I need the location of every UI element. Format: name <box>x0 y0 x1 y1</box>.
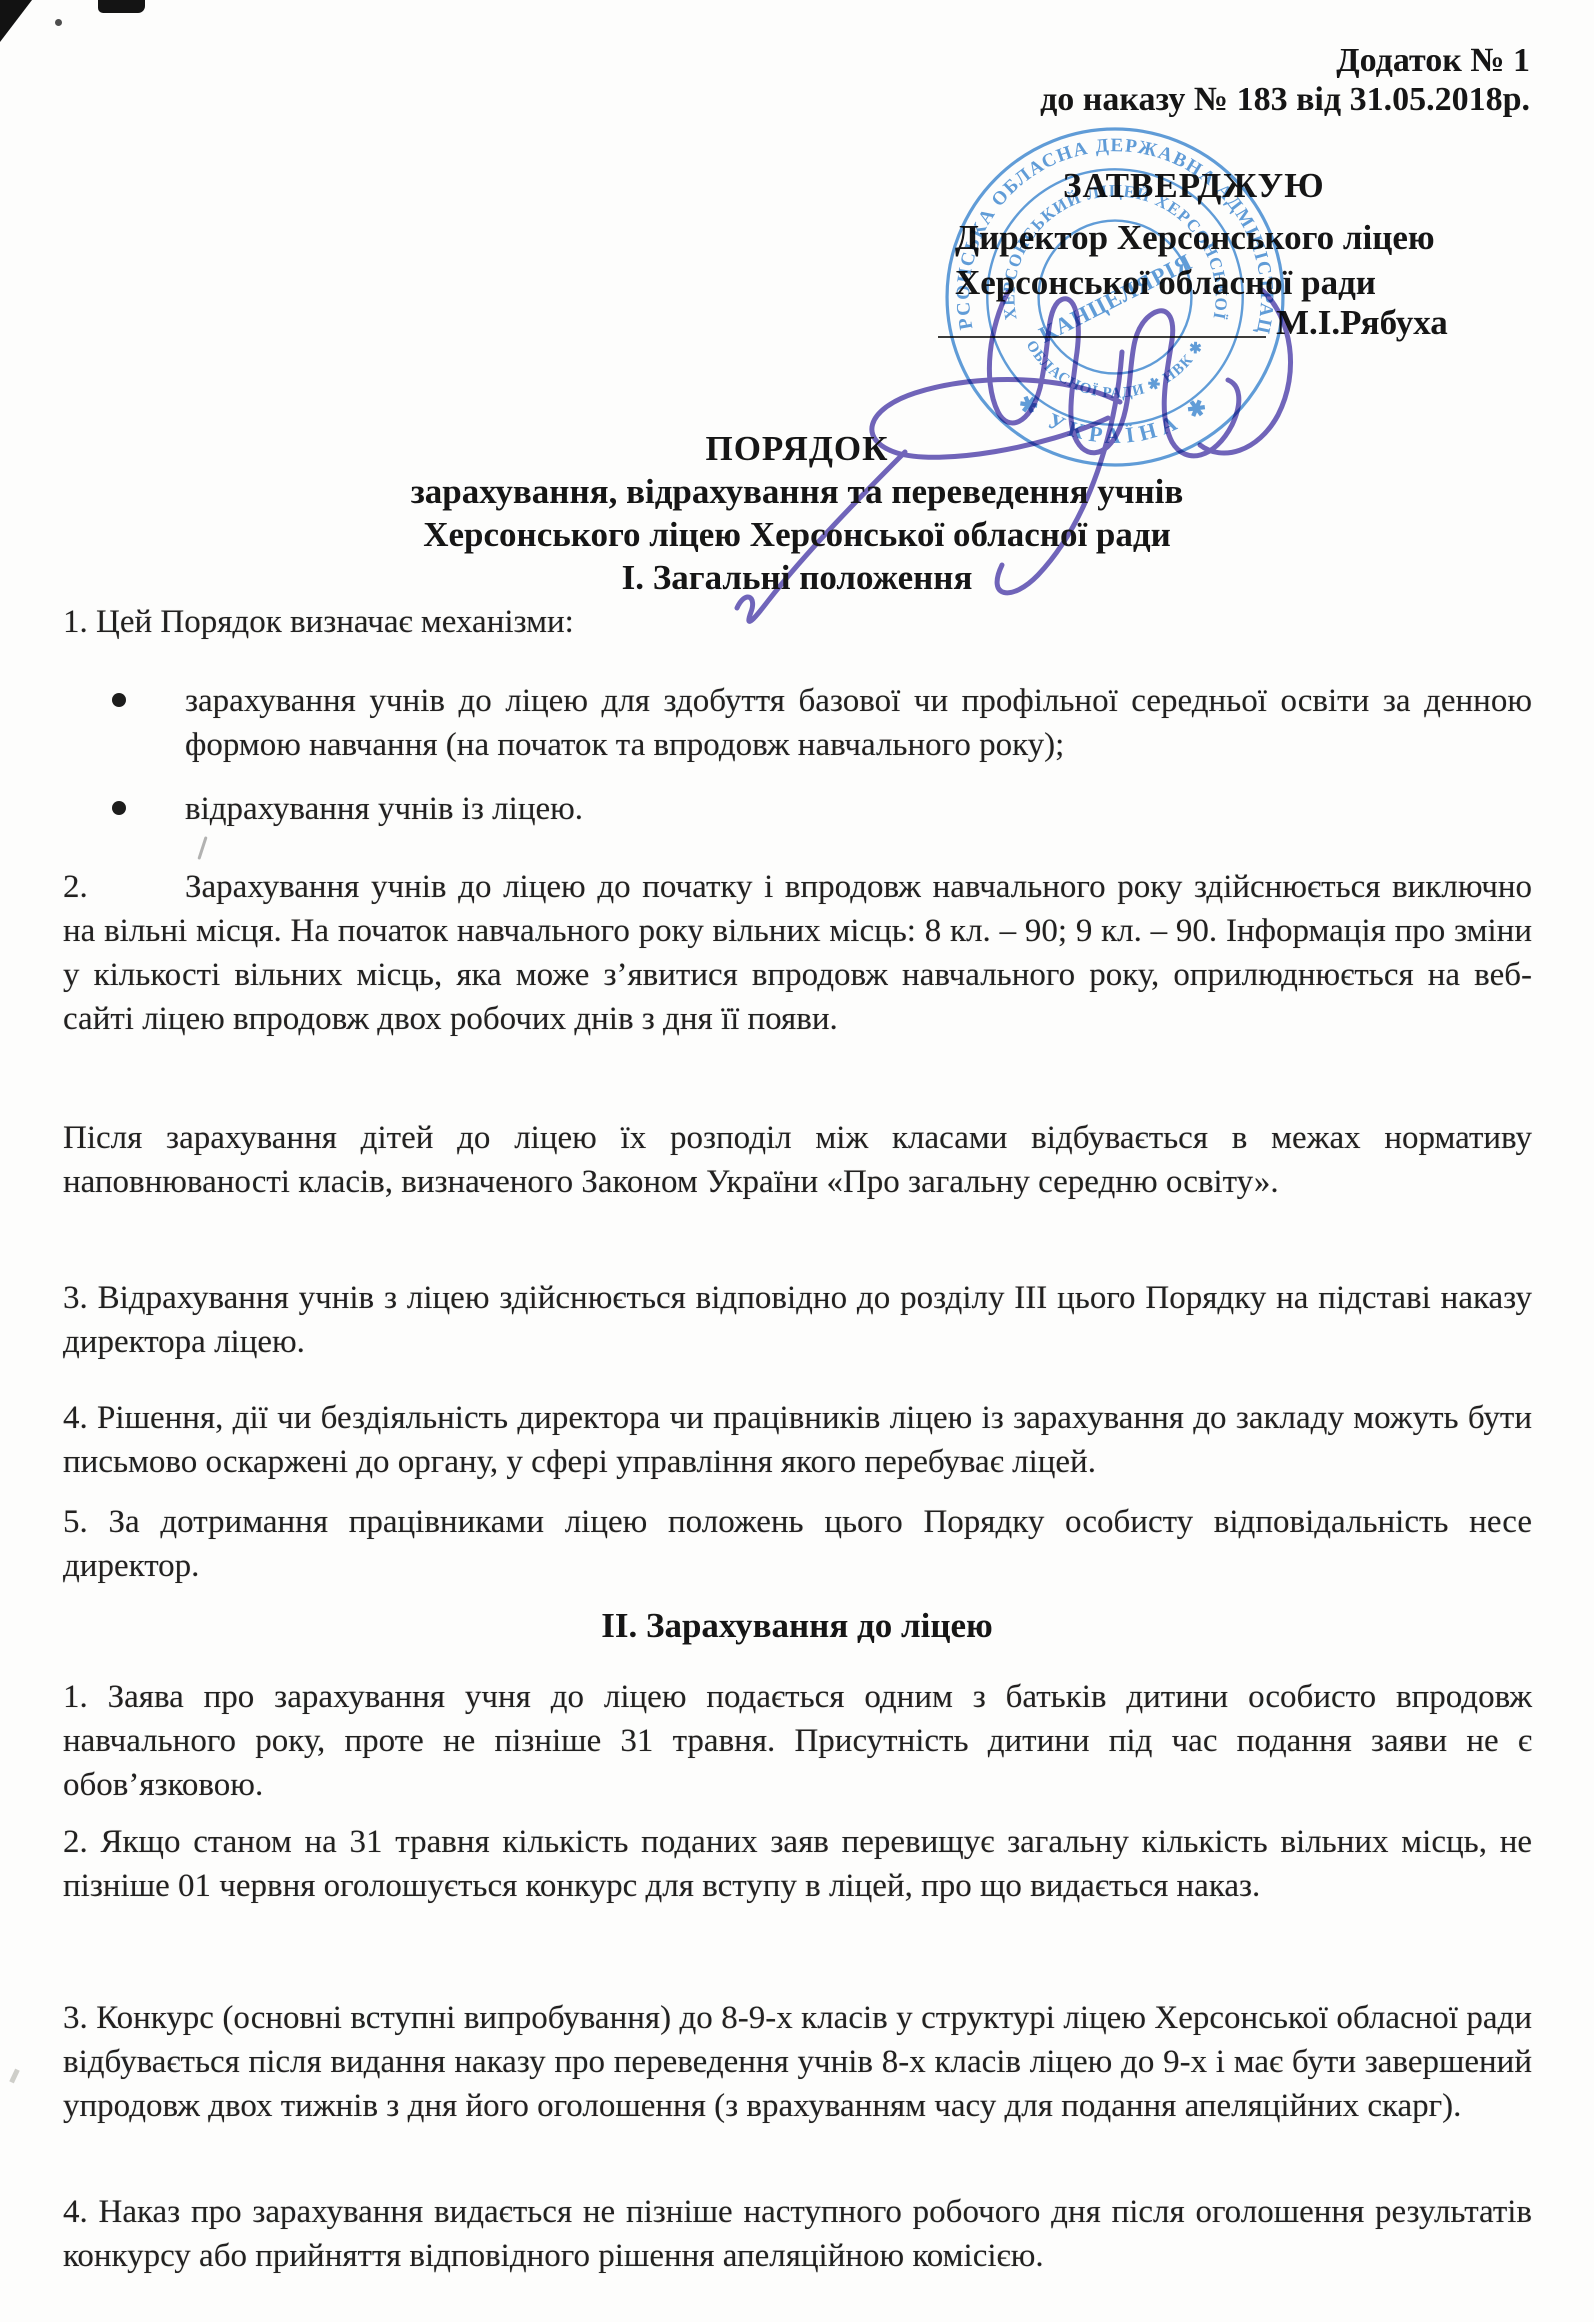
bullet-dot-icon <box>112 693 126 707</box>
paragraph-s1-2: 2.Зарахування учнів до ліцею до початку … <box>63 865 1532 1041</box>
paragraph-s1-5: 4. Рішення, дії чи бездіяльність директо… <box>63 1396 1532 1484</box>
scan-artifact-speck <box>55 19 62 26</box>
scan-artifact-blob <box>98 0 145 13</box>
paragraph-text: Зарахування учнів до ліцею до початку і … <box>63 869 1532 1037</box>
paragraph-s1-1: 1. Цей Порядок визначає механізми: <box>63 600 1532 644</box>
bullet-dot-icon <box>112 801 126 815</box>
scanned-document-page: Додаток № 1 до наказу № 183 від 31.05.20… <box>0 0 1594 2322</box>
scan-artifact-speck <box>9 2069 19 2084</box>
bullet-item-text: зарахування учнів до ліцею для здобуття … <box>185 679 1532 767</box>
scan-artifact-pen-mark <box>197 836 207 860</box>
section1-heading: I. Загальні положення <box>0 557 1594 599</box>
scan-artifact-corner <box>0 0 32 42</box>
bullet-item-text: відрахування учнів із ліцею. <box>185 787 1532 831</box>
paragraph-s1-4: 3. Відрахування учнів з ліцею здійснюєть… <box>63 1276 1532 1364</box>
paragraph-s2-4: 4. Наказ про зарахування видається не пі… <box>63 2190 1532 2278</box>
doc-title-line3: Херсонського ліцею Херсонської обласної … <box>0 514 1594 556</box>
appendix-order-line: до наказу № 183 від 31.05.2018р. <box>1040 83 1530 117</box>
section2-heading: II. Зарахування до ліцею <box>0 1605 1594 1647</box>
paragraph-number: 2. <box>63 865 185 909</box>
paragraph-s1-3: Після зарахування дітей до ліцею їх розп… <box>63 1116 1532 1204</box>
paragraph-s2-2: 2. Якщо станом на 31 травня кількість по… <box>63 1820 1532 1908</box>
bullet-item-1: зарахування учнів до ліцею для здобуття … <box>63 679 1532 767</box>
paragraph-s2-3: 3. Конкурс (основні вступні випробування… <box>63 1996 1532 2128</box>
doc-title-line2: зарахування, відрахування та переведення… <box>0 471 1594 513</box>
bullet-item-2: відрахування учнів із ліцею. <box>63 787 1532 831</box>
appendix-number-line: Додаток № 1 <box>1336 44 1530 78</box>
doc-title-line1: ПОРЯДОК <box>0 428 1594 470</box>
paragraph-s2-1: 1. Заява про зарахування учня до ліцею п… <box>63 1675 1532 1807</box>
paragraph-s1-6: 5. За дотримання працівниками ліцею поло… <box>63 1500 1532 1588</box>
